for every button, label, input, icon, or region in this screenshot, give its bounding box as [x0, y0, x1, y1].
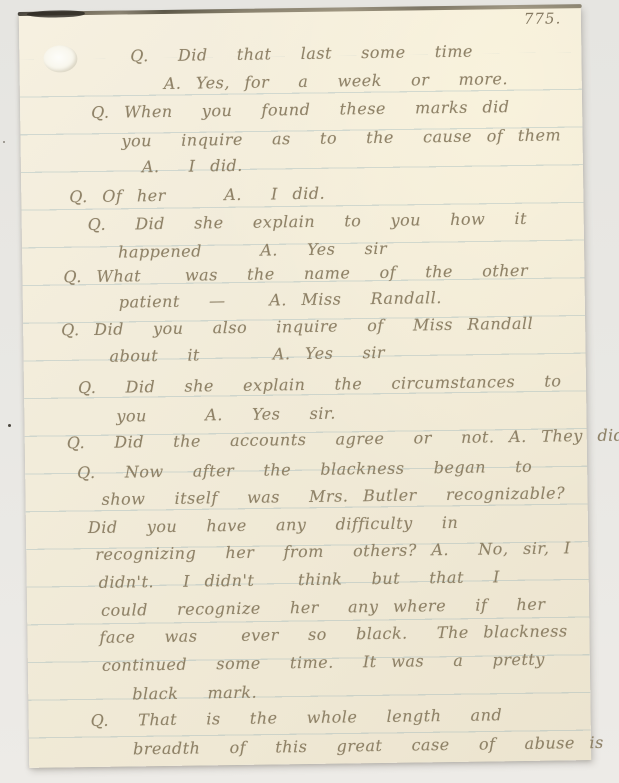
paper-top-edge-shadow [18, 4, 582, 16]
document-page: 775. Q. Did that last some timeA. Yes, f… [19, 6, 591, 768]
scan-background: { "document": { "page_number": "775.", "… [0, 0, 619, 783]
dust-speck [8, 424, 11, 427]
handwritten-line: about it A. Yes sir [109, 343, 385, 367]
page-number: 775. [524, 9, 562, 28]
paper-edge-dark-blob [27, 10, 85, 18]
handwritten-line: black mark. [132, 683, 257, 705]
dust-speck [3, 141, 5, 143]
handwritten-line: happened A. Yes sir [118, 239, 387, 263]
handwritten-line: A. I did. [142, 156, 243, 177]
handwritten-line: you A. Yes sir. [116, 404, 336, 427]
handwritten-line: Q. Of her A. I did. [69, 184, 325, 208]
